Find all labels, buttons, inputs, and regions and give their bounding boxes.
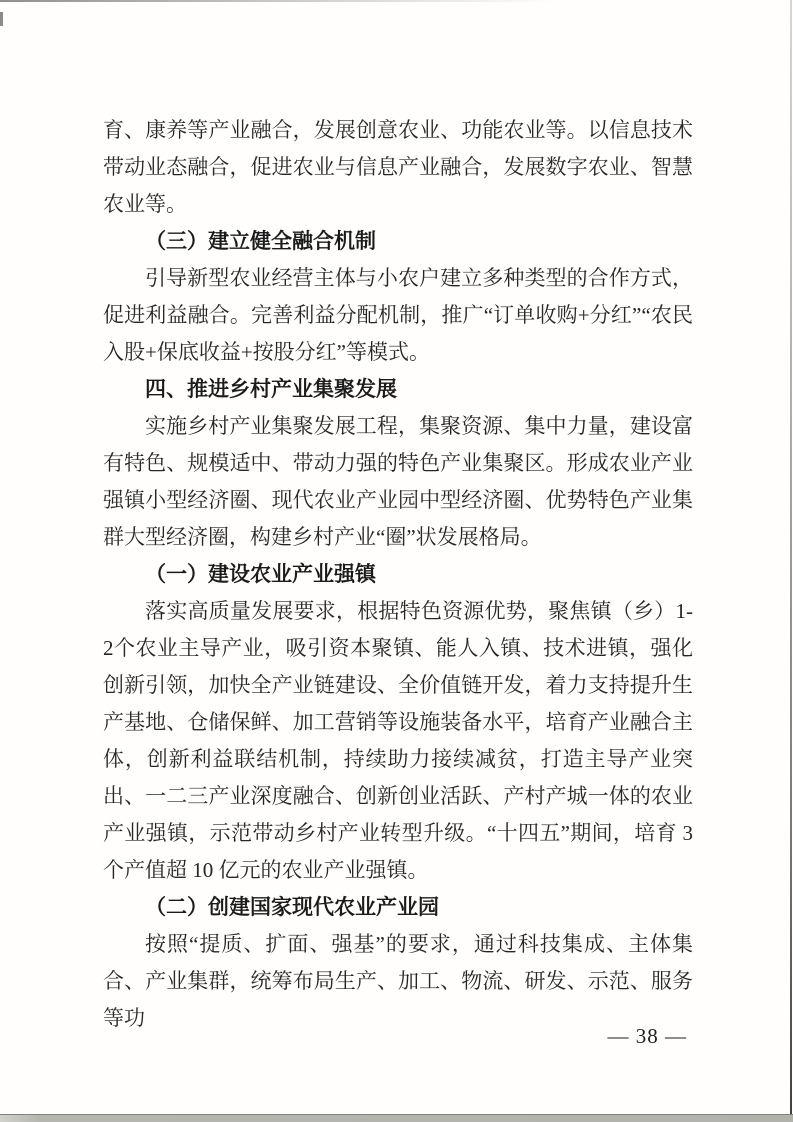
- body-paragraph: 实施乡村产业集聚发展工程，集聚资源、集中力量，建设富有特色、规模适中、带动力强的…: [103, 408, 693, 556]
- body-paragraph: 育、康养等产业融合，发展创意农业、功能农业等。以信息技术带动业态融合，促进农业与…: [103, 112, 693, 223]
- section-heading: （三）建立健全融合机制: [103, 223, 693, 260]
- document-body: 育、康养等产业融合，发展创意农业、功能农业等。以信息技术带动业态融合，促进农业与…: [103, 112, 693, 1037]
- body-paragraph: 引导新型农业经营主体与小农户建立多种类型的合作方式，促进利益融合。完善利益分配机…: [103, 260, 693, 371]
- scan-edge-bottom: [0, 1114, 793, 1122]
- section-heading: 四、推进乡村产业集聚发展: [103, 371, 693, 408]
- scan-edge-left-mark: [0, 12, 3, 26]
- section-heading: （二）创建国家现代农业产业园: [103, 889, 693, 926]
- section-heading: （一）建设农业产业强镇: [103, 556, 693, 593]
- scan-edge-right: [790, 0, 792, 1122]
- page-number: — 38 —: [608, 1021, 688, 1051]
- document-page: 育、康养等产业融合，发展创意农业、功能农业等。以信息技术带动业态融合，促进农业与…: [0, 0, 793, 1122]
- body-paragraph: 落实高质量发展要求，根据特色资源优势，聚焦镇（乡）1-2个农业主导产业，吸引资本…: [103, 593, 693, 889]
- scan-edge-top: [0, 0, 793, 2]
- body-paragraph: 按照“提质、扩面、强基”的要求，通过科技集成、主体集合、产业集群，统筹布局生产、…: [103, 926, 693, 1037]
